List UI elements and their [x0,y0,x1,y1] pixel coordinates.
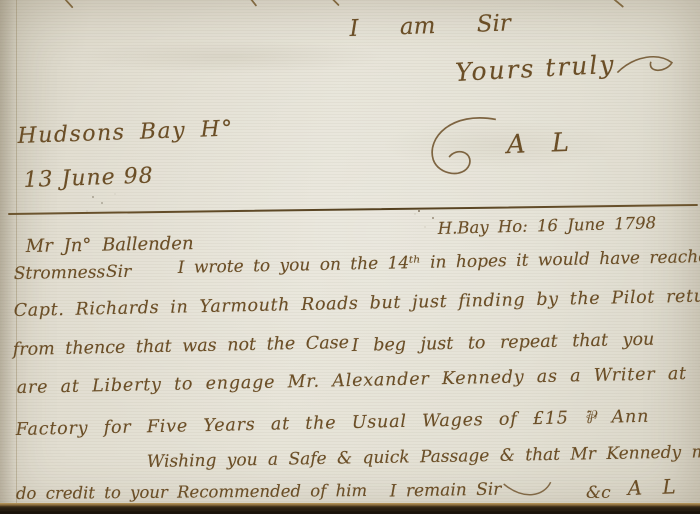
etcetera-text: &c [586,483,611,503]
pen-flourish-icon [501,478,553,501]
body-line-3a-text: from thence that was not the Case [13,333,350,360]
closing-phrase: I remain Sir [390,478,554,503]
closing-i-am-sir-text: I am Sir [349,10,511,42]
page-gutter-shadow [0,0,15,514]
ink-speckles [418,210,420,212]
heading-place: Hudsons Bay H° [17,116,234,149]
signature-flourish-icon [422,113,502,182]
heading-place-text: Hudsons Bay H° [17,116,234,149]
body-line-5: Factory for Five Years at the Usual Wage… [15,404,649,441]
body-line-1-text: I wrote to you on the 14ᵗʰ in hopes it w… [178,247,700,278]
body-line-3b-text: I beg just to repeat that you [352,330,655,356]
salutation-text: Sir [106,262,131,282]
body-line-6-text: Wishing you a Safe & quick Passage & tha… [147,442,700,472]
letter-dateline-text: H.Bay Ho: 16 June 1798 [438,213,657,238]
stray-pen-stroke-icon [248,0,258,7]
signature-block: A L [422,111,571,182]
stray-pen-stroke-icon [613,0,624,8]
foxing-dots [92,196,94,198]
closing-yours-truly-text: Yours truly [454,50,616,87]
pen-flourish-icon [615,49,678,80]
body-line-2-text: Capt. Richards in Yarmouth Roads but jus… [14,286,700,321]
letter-dateline: H.Bay Ho: 16 June 1798 [438,213,657,238]
heading-date-text: 13 June 98 [23,163,154,193]
paper-stain [70,40,390,74]
addressee-place-text: Stromness [14,262,106,284]
stray-pen-stroke-icon [329,0,340,6]
body-line-4-text: are at Liberty to engage Mr. Alexander K… [17,363,700,398]
body-line-1: I wrote to you on the 14ᵗʰ in hopes it w… [178,247,700,278]
addressee-name-text: Mr Jn° Ballenden [26,233,194,257]
body-line-7: do credit to your Recommended of him [16,481,367,503]
signature-initials: A L [506,128,569,160]
body-line-2: Capt. Richards in Yarmouth Roads but jus… [14,286,700,321]
addressee-name: Mr Jn° Ballenden [26,233,194,257]
manuscript-page-photo: I am Sir Yours truly Hudsons Bay H° 13 J… [0,0,700,514]
letter-signature: A L [627,474,676,500]
closing-yours-truly: Yours truly [454,46,678,88]
body-line-7-text: do credit to your Recommended of him [16,481,367,503]
body-line-5-text: Factory for Five Years at the Usual Wage… [16,407,650,440]
section-divider-rule [8,204,698,215]
body-line-4: are at Liberty to engage Mr. Alexander K… [17,363,700,398]
page-bottom-edge [0,503,700,514]
heading-date: 13 June 98 [23,163,154,193]
body-line-3a: from thence that was not the Case [13,333,350,360]
addressee-place: Stromness [14,262,106,284]
body-line-3b: I beg just to repeat that you [352,330,655,356]
body-line-6: Wishing you a Safe & quick Passage & tha… [147,442,700,472]
letter-signature-text: A L [627,474,676,500]
closing-phrase-text: I remain Sir [390,480,502,502]
salutation: Sir [106,262,131,282]
stray-pen-stroke-icon [63,0,73,8]
closing-i-am-sir: I am Sir [349,10,511,42]
etcetera: &c [586,483,611,503]
